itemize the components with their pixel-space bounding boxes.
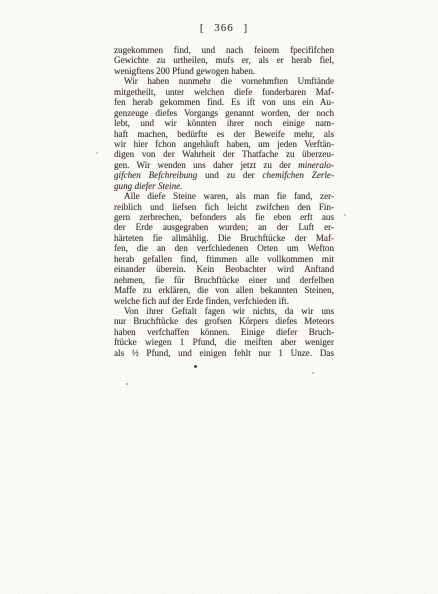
text-segment: haft machen, bedürfte es der Beweife meh… bbox=[114, 129, 334, 139]
text-segment: reiblich und liefsen fich leicht zwifche… bbox=[114, 202, 334, 212]
text-line: wir hier fchon angehäuft haben, um jeden… bbox=[114, 139, 334, 149]
text-segment: digen von der Wahrheit der Thatfache zu … bbox=[114, 149, 334, 159]
text-line: einander überein. Kein Beobachter wird A… bbox=[114, 264, 334, 274]
text-segment: Von ihrer Geftalt fagen wir nichts, da w… bbox=[124, 306, 334, 316]
text-line: mitgetheilt, unter welchen diefe fonderb… bbox=[114, 87, 334, 97]
text-segment: lebt, und wir könnten ihrer noch einige … bbox=[114, 118, 334, 128]
italic-text-segment: gifchen Befchreibung bbox=[114, 170, 197, 180]
text-line: ftücke wiegen 1 Pfund, die meiften aber … bbox=[114, 337, 334, 347]
text-segment: und zu der bbox=[197, 170, 262, 180]
text-line: reiblich und liefsen fich leicht zwifche… bbox=[114, 202, 334, 212]
text-segment: härteten fie allmählig. Die Bruchftücke … bbox=[114, 233, 334, 243]
ink-speck bbox=[126, 383, 128, 385]
ink-speck bbox=[194, 365, 197, 368]
text-segment: der Erde ausgegraben wurden; an der Luft… bbox=[114, 222, 334, 232]
text-segment: gern zerbrechen, befonders als fie eben … bbox=[114, 212, 334, 222]
text-line: härteten fie allmählig. Die Bruchftücke … bbox=[114, 233, 334, 243]
text-segment: einander überein. Kein Beobachter wird A… bbox=[114, 264, 334, 274]
text-line: Gewichte zu urtheilen, mufs er, als er h… bbox=[114, 55, 334, 65]
text-segment: Gewichte zu urtheilen, mufs er, als er h… bbox=[114, 55, 334, 65]
text-line: gern zerbrechen, befonders als fie eben … bbox=[114, 212, 334, 222]
text-line: gen. Wir wenden uns daher jetzt zu der m… bbox=[114, 160, 334, 170]
ink-speck bbox=[312, 372, 314, 374]
text-line: genzeuge diefes Vorgangs genannt worden,… bbox=[114, 108, 334, 118]
text-line: nehmen, fie für Bruchftücke einer und de… bbox=[114, 275, 334, 285]
scanned-page: [ 366 ] zugekommen find, und nach feinem… bbox=[0, 0, 438, 594]
text-segment: fen, die an den verfchiedenen Orten um W… bbox=[114, 243, 334, 253]
text-segment: nur Bruchftücke des grofsen Körpers dief… bbox=[114, 316, 334, 326]
italic-text-segment: mineralo- bbox=[298, 160, 334, 170]
text-line: herab gefallen find, ftimmen alle vollko… bbox=[114, 254, 334, 264]
text-segment: mitgetheilt, unter welchen diefe fonderb… bbox=[114, 87, 334, 97]
italic-text-segment: chemifchen Zerle- bbox=[263, 170, 334, 180]
text-line: Wir haben nunmehr die vornehmften Umftän… bbox=[114, 76, 334, 86]
text-line: als ½ Pfund, und einigen fehlt nur 1 Unz… bbox=[114, 348, 334, 358]
text-segment: Maffe zu erklären, die von allen bekannt… bbox=[114, 285, 334, 295]
text-line: fen herab gekommen find. Es ift von uns … bbox=[114, 97, 334, 107]
text-line: Maffe zu erklären, die von allen bekannt… bbox=[114, 285, 334, 295]
text-line: zugekommen find, und nach feinem fpecifi… bbox=[114, 45, 334, 55]
text-segment: haben verfchaffen können. Einige diefer … bbox=[114, 327, 334, 337]
page-number: [ 366 ] bbox=[114, 22, 334, 34]
text-segment: Wir haben nunmehr die vornehmften Umftän… bbox=[124, 76, 334, 86]
text-segment: herab gefallen find, ftimmen alle vollko… bbox=[114, 254, 334, 264]
text-block: zugekommen find, und nach feinem fpecifi… bbox=[114, 45, 334, 358]
text-segment: Alle diefe Steine waren, als man fie fan… bbox=[124, 191, 334, 201]
text-line: haft machen, bedürfte es der Beweife meh… bbox=[114, 129, 334, 139]
text-line: Von ihrer Geftalt fagen wir nichts, da w… bbox=[114, 306, 334, 316]
text-line: Alle diefe Steine waren, als man fie fan… bbox=[114, 191, 334, 201]
text-segment: gen. Wir wenden uns daher jetzt zu der bbox=[114, 160, 298, 170]
text-segment: nehmen, fie für Bruchftücke einer und de… bbox=[114, 275, 334, 285]
text-line: nur Bruchftücke des grofsen Körpers dief… bbox=[114, 316, 334, 326]
text-segment: welche fich auf der Erde finden, verfchi… bbox=[114, 296, 289, 306]
text-segment: ftücke wiegen 1 Pfund, die meiften aber … bbox=[114, 337, 334, 347]
text-line: welche fich auf der Erde finden, verfchi… bbox=[114, 296, 334, 306]
text-line: lebt, und wir könnten ihrer noch einige … bbox=[114, 118, 334, 128]
text-line: haben verfchaffen können. Einige diefer … bbox=[114, 327, 334, 337]
text-line: gifchen Befchreibung und zu der chemifch… bbox=[114, 170, 334, 180]
text-line: der Erde ausgegraben wurden; an der Luft… bbox=[114, 222, 334, 232]
ink-speck bbox=[96, 152, 98, 154]
text-line: wenigftens 200 Pfund gewogen haben. bbox=[114, 66, 334, 76]
text-segment: wir hier fchon angehäuft haben, um jeden… bbox=[114, 139, 334, 149]
ink-speck bbox=[344, 214, 346, 216]
text-segment: fen herab gekommen find. Es ift von uns … bbox=[114, 97, 334, 107]
text-line: digen von der Wahrheit der Thatfache zu … bbox=[114, 149, 334, 159]
text-segment: zugekommen find, und nach feinem fpecifi… bbox=[114, 45, 334, 55]
text-segment: genzeuge diefes Vorgangs genannt worden,… bbox=[114, 108, 334, 118]
text-line: fen, die an den verfchiedenen Orten um W… bbox=[114, 243, 334, 253]
text-line: gung diefer Steine. bbox=[114, 181, 334, 191]
text-segment: wenigftens 200 Pfund gewogen haben. bbox=[114, 66, 255, 76]
italic-text-segment: gung diefer Steine. bbox=[114, 181, 182, 191]
text-segment: als ½ Pfund, und einigen fehlt nur 1 Unz… bbox=[114, 348, 334, 358]
